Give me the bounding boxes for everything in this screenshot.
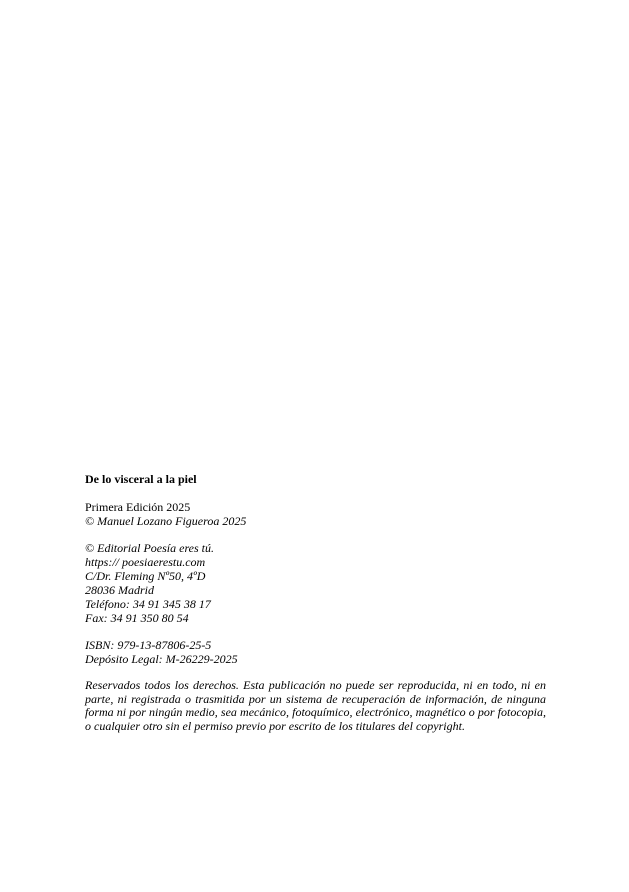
publisher-website: https:// poesiaerestu.com bbox=[85, 555, 546, 569]
publisher-city: 28036 Madrid bbox=[85, 583, 546, 597]
colophon: De lo visceral a la piel Primera Edición… bbox=[85, 472, 546, 733]
legal-deposit: Depósito Legal: M-26229-2025 bbox=[85, 652, 546, 666]
book-page: De lo visceral a la piel Primera Edición… bbox=[0, 0, 629, 892]
isbn: ISBN: 979-13-87806-25-5 bbox=[85, 638, 546, 652]
author-copyright: © Manuel Lozano Figueroa 2025 bbox=[85, 514, 546, 528]
edition-line: Primera Edición 2025 bbox=[85, 500, 546, 514]
publisher-block: © Editorial Poesía eres tú. https:// poe… bbox=[85, 541, 546, 625]
edition-block: Primera Edición 2025 © Manuel Lozano Fig… bbox=[85, 500, 546, 528]
rights-notice: Reservados todos los derechos. Esta publ… bbox=[85, 679, 546, 733]
publisher-name: © Editorial Poesía eres tú. bbox=[85, 541, 546, 555]
publisher-address: C/Dr. Fleming Nº50, 4ºD bbox=[85, 569, 546, 583]
publisher-phone: Teléfono: 34 91 345 38 17 bbox=[85, 597, 546, 611]
book-title: De lo visceral a la piel bbox=[85, 472, 546, 486]
publisher-fax: Fax: 34 91 350 80 54 bbox=[85, 611, 546, 625]
legal-block: ISBN: 979-13-87806-25-5 Depósito Legal: … bbox=[85, 638, 546, 666]
